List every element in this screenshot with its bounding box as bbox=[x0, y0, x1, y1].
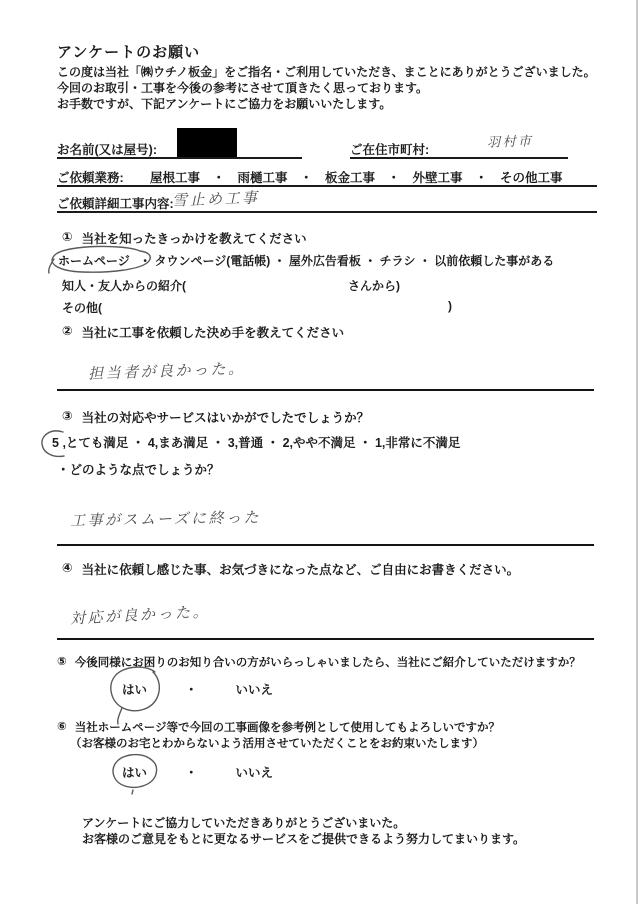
q6-question-note: （お客様のお宅とわからないよう活用させていただくことをお約束いたします） bbox=[70, 735, 484, 751]
detail-field-underline bbox=[57, 211, 597, 213]
intro-line-2: 今回のお取引・工事を今後の参考にさせて頂きたく思っております。 bbox=[57, 80, 596, 96]
q6-question: 当社ホームページ等で今回の工事画像を参考例として使用してもよろしいですか？ bbox=[75, 719, 500, 735]
q6-heading: ⑥ 当社ホームページ等で今回の工事画像を参考例として使用してもよろしいですか？ bbox=[57, 719, 500, 735]
q3-question: 当社の対応やサービスはいかがでしたでしょうか？ bbox=[82, 408, 370, 426]
section-divider-3 bbox=[57, 638, 594, 640]
q6-number: ⑥ bbox=[57, 719, 67, 735]
q1-options-rest: ・ タウンページ(電話帳) ・ 屋外広告看板 ・ チラシ ・ 以前依頼した事があ… bbox=[139, 254, 554, 268]
q5-yes-label: はい bbox=[122, 683, 147, 697]
closing-line-2: お客様のご意見をもとに更なるサービスをご提供できるよう努力してまいります。 bbox=[82, 832, 525, 848]
intro-line-3: お手数ですが、下記アンケートにご協力をお願いいたします。 bbox=[57, 96, 596, 112]
q6-yes-label: はい bbox=[122, 766, 147, 780]
q6-no-label: いいえ bbox=[236, 763, 274, 781]
detail-field-handwritten-value: 雪止め工事 bbox=[172, 186, 260, 210]
q6-answer-row: はい ・ いいえ bbox=[122, 763, 273, 781]
q3-sub-question: ・どのような点でしょうか？ bbox=[57, 460, 220, 478]
scan-edge-line bbox=[636, 0, 638, 904]
q1-other-suffix: ) bbox=[448, 299, 452, 313]
q2-question: 当社に工事を依頼した決め手を教えてください bbox=[82, 323, 345, 341]
q3-heading: ③ 当社の対応やサービスはいかがでしたでしょうか？ bbox=[62, 408, 369, 426]
q6-separator: ・ bbox=[185, 763, 198, 781]
section-divider-2 bbox=[57, 544, 594, 546]
q6-yes-wrap: はい bbox=[122, 763, 147, 781]
intro-paragraph: この度は当社「㈱ウチノ板金」をご指名・ご利用していただき、まことにありがとうござ… bbox=[57, 64, 596, 112]
q5-answer-row: はい ・ いいえ bbox=[122, 680, 273, 698]
q3-number: ③ bbox=[62, 408, 73, 426]
q1-heading: ① 当社を知ったきっかけを教えてください bbox=[62, 229, 307, 247]
q3-options-row: 5 ,とても満足 ・ 4,まあ満足 ・ 3,普通 ・ 2,やや不満足 ・ 1,非… bbox=[52, 433, 460, 451]
q1-other-label: その他( bbox=[62, 299, 102, 316]
q1-question: 当社を知ったきっかけを教えてください bbox=[82, 229, 307, 247]
redaction-box bbox=[177, 128, 237, 158]
business-field-label: ご依頼業務: bbox=[57, 168, 124, 186]
q4-heading: ④ 当社に依頼し感じた事、お気づきになった点など、ご自由にお書きください。 bbox=[62, 560, 519, 578]
q3-handwritten-answer: 工事がスムーズに終った bbox=[70, 506, 261, 530]
business-options: 屋根工事 ・ 雨樋工事 ・ 板金工事 ・ 外壁工事 ・ その他工事 bbox=[150, 168, 563, 186]
q5-no-label: いいえ bbox=[236, 680, 274, 698]
name-field-underline bbox=[57, 157, 302, 159]
city-field-handwritten-value: 羽村市 bbox=[487, 130, 534, 151]
q1-option-homepage: ホームページ bbox=[58, 254, 130, 268]
page-title: アンケートのお願い bbox=[57, 41, 200, 62]
q5-question: 今後同様にお困りのお知り合いの方がいらっしゃいましたら、当社にご紹介していただけ… bbox=[75, 654, 581, 670]
section-divider-1 bbox=[57, 389, 594, 391]
q5-yes-wrap: はい bbox=[122, 680, 147, 698]
q1-number: ① bbox=[62, 229, 73, 247]
detail-field-label: ご依頼詳細工事内容: bbox=[57, 194, 174, 212]
q2-heading: ② 当社に工事を依頼した決め手を教えてください bbox=[62, 323, 344, 341]
questionnaire-scan-page: アンケートのお願い この度は当社「㈱ウチノ板金」をご指名・ご利用していただき、ま… bbox=[0, 0, 640, 904]
q1-options-row: ホームページ ・ タウンページ(電話帳) ・ 屋外広告看板 ・ チラシ ・ 以前… bbox=[58, 252, 554, 269]
name-field-label: お名前(又は屋号): bbox=[57, 140, 157, 158]
q4-handwritten-answer: 対応が良かった。 bbox=[70, 600, 211, 628]
closing-line-1: アンケートにご協力していただきありがとうございまいた。 bbox=[82, 816, 525, 832]
q5-separator: ・ bbox=[185, 680, 198, 698]
business-field-underline bbox=[57, 185, 597, 187]
q3-option-5: 5 bbox=[52, 436, 59, 450]
q1-referral-suffix: さんから) bbox=[348, 277, 400, 294]
intro-line-1: この度は当社「㈱ウチノ板金」をご指名・ご利用していただき、まことにありがとうござ… bbox=[57, 64, 596, 80]
city-field-underline bbox=[350, 157, 568, 159]
q4-question: 当社に依頼し感じた事、お気づきになった点など、ご自由にお書きください。 bbox=[82, 560, 520, 578]
q1-referral-label: 知人・友人からの紹介( bbox=[62, 277, 186, 294]
q4-number: ④ bbox=[62, 560, 73, 578]
q2-number: ② bbox=[62, 323, 73, 341]
q2-handwritten-answer: 担当者が良かった。 bbox=[88, 357, 246, 383]
closing-paragraph: アンケートにご協力していただきありがとうございまいた。 お客様のご意見をもとに更… bbox=[82, 816, 525, 847]
city-field-label: ご在住市町村: bbox=[350, 140, 429, 158]
q3-selected-option-wrap: 5 bbox=[52, 436, 59, 450]
q5-heading: ⑤ 今後同様にお困りのお知り合いの方がいらっしゃいましたら、当社にご紹介していた… bbox=[57, 654, 581, 670]
q5-number: ⑤ bbox=[57, 654, 67, 670]
q3-options-rest: ,とても満足 ・ 4,まあ満足 ・ 3,普通 ・ 2,やや不満足 ・ 1,非常に… bbox=[62, 436, 460, 450]
q1-selected-option-wrap: ホームページ bbox=[58, 252, 130, 269]
